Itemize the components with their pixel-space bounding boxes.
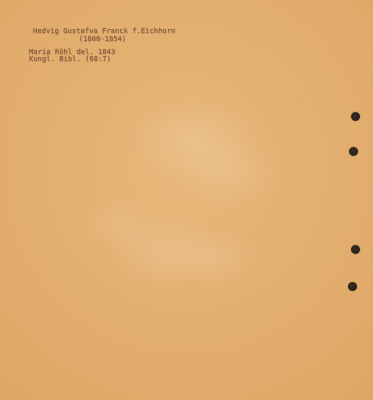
punch-hole <box>349 147 358 156</box>
punch-hole <box>351 245 360 254</box>
library-reference-text: Kungl. Bibl. (68:7) <box>29 56 111 63</box>
life-dates-text: (1800-1854) <box>33 36 172 43</box>
punch-hole <box>351 112 360 121</box>
scanned-card: Hedvig Gustafva Franck f.Eichhorn (1800-… <box>0 0 373 400</box>
sitter-name-text: Hedvig Gustafva Franck f.Eichhorn <box>33 28 175 35</box>
punch-hole <box>348 282 357 291</box>
paper-texture <box>0 0 1 1</box>
